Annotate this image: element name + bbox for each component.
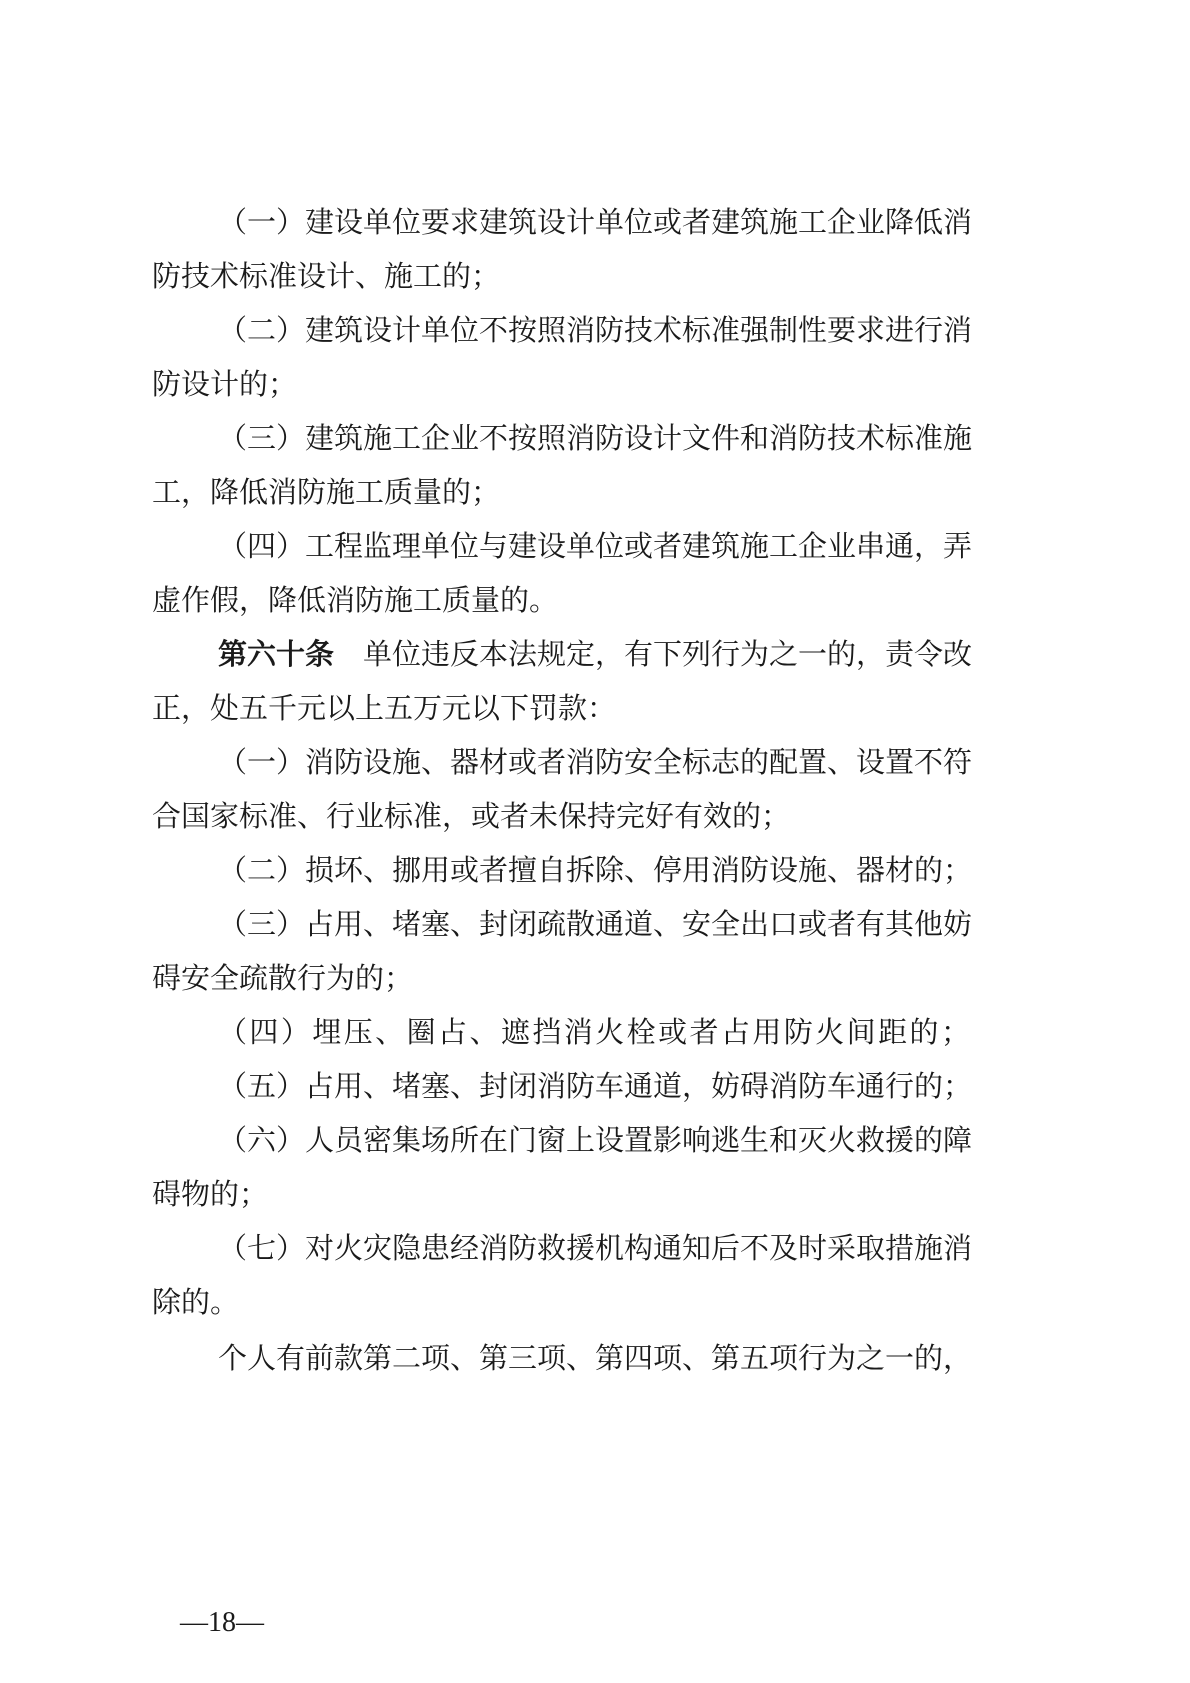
text-line: 工，降低消防施工质量的； [152,472,970,512]
text-line: （四）工程监理单位与建设单位或者建筑施工企业串通，弄 [218,526,970,566]
text-line: 碍物的； [152,1174,970,1214]
text-line: （七）对火灾隐患经消防救援机构通知后不及时采取措施消 [218,1228,970,1268]
text-line: 虚作假，降低消防施工质量的。 [152,580,970,620]
text-line: 个人有前款第二项、第三项、第四项、第五项行为之一的， [218,1338,970,1378]
text-line: 碍安全疏散行为的； [152,958,970,998]
text-line: 正，处五千元以上五万元以下罚款： [152,688,970,728]
text-line: （一）消防设施、器材或者消防安全标志的配置、设置不符 [218,742,970,782]
page-number: —18— [180,1605,264,1641]
text-line: （二）建筑设计单位不按照消防技术标准强制性要求进行消 [218,310,970,350]
article-heading: 第六十条 [218,637,334,671]
text-line: （五）占用、堵塞、封闭消防车通道，妨碍消防车通行的； [218,1066,970,1106]
text-line: （四）埋压、圈占、遮挡消火栓或者占用防火间距的； [218,1012,970,1052]
article-text: 单位违反本法规定，有下列行为之一的，责令改 [334,637,972,671]
text-line: 防技术标准设计、施工的； [152,256,970,296]
text-line: 防设计的； [152,364,970,404]
text-line: （六）人员密集场所在门窗上设置影响逃生和灭火救援的障 [218,1120,970,1160]
text-line: （一）建设单位要求建筑设计单位或者建筑施工企业降低消 [218,202,970,242]
article-line: 第六十条 单位违反本法规定，有下列行为之一的，责令改 [218,634,970,674]
text-line: （二）损坏、挪用或者擅自拆除、停用消防设施、器材的； [218,850,970,890]
document-page: （一）建设单位要求建筑设计单位或者建筑施工企业降低消 防技术标准设计、施工的； … [0,0,1190,1683]
text-line: 合国家标准、行业标准，或者未保持完好有效的； [152,796,970,836]
text-line: （三）建筑施工企业不按照消防设计文件和消防技术标准施 [218,418,970,458]
text-line: 除的。 [152,1282,970,1322]
text-line: （三）占用、堵塞、封闭疏散通道、安全出口或者有其他妨 [218,904,970,944]
